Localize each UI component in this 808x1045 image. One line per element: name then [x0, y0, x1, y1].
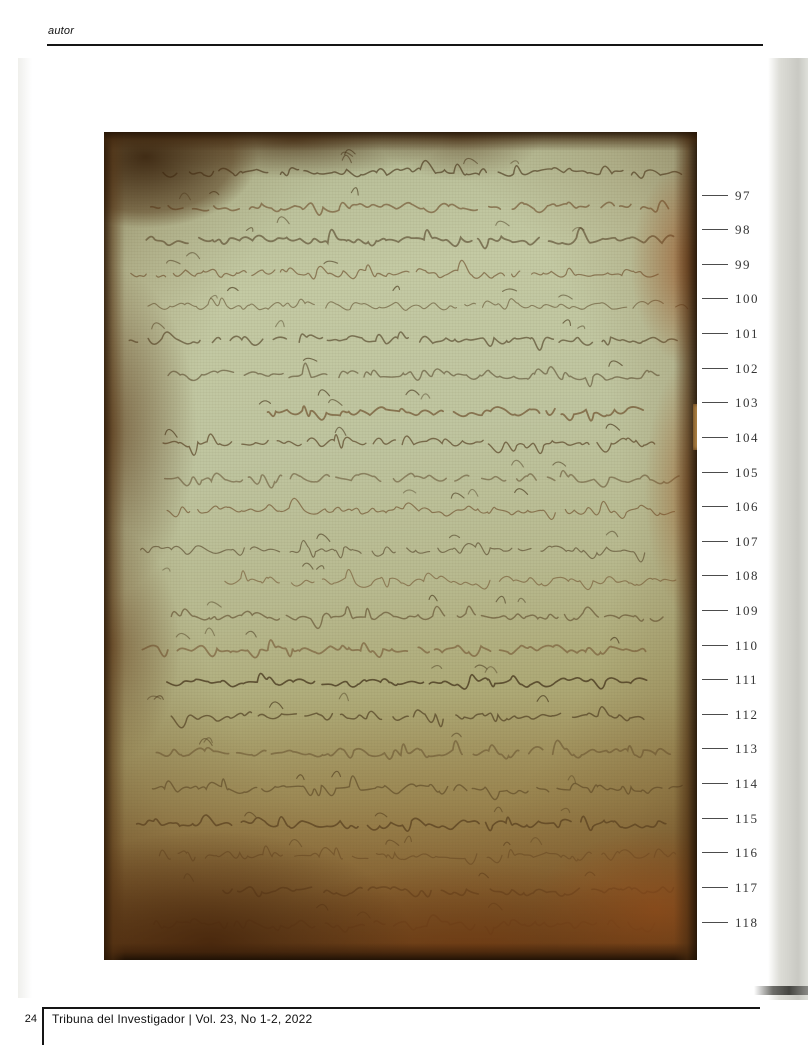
- line-number-row: 105: [702, 465, 759, 479]
- line-number-label: 100: [735, 292, 759, 305]
- line-number-label: 107: [735, 535, 759, 548]
- line-number-tick-mark: [702, 264, 728, 265]
- line-number-row: 118: [702, 915, 759, 929]
- line-number-tick-mark: [702, 333, 728, 334]
- line-number-tick-mark: [702, 437, 728, 438]
- line-number-tick-mark: [702, 679, 728, 680]
- line-number-row: 104: [702, 430, 759, 444]
- line-number-tick-mark: [702, 575, 728, 576]
- footer-vertical-rule: [42, 1007, 44, 1045]
- line-number-tick-mark: [702, 714, 728, 715]
- torn-edge-fragment: [693, 404, 697, 450]
- running-head-author: autor: [48, 25, 74, 37]
- line-number-row: 106: [702, 500, 759, 514]
- line-number-tick-mark: [702, 298, 728, 299]
- line-number-tick-mark: [702, 852, 728, 853]
- page-number: 24: [18, 1013, 37, 1025]
- line-number-tick-mark: [702, 506, 728, 507]
- line-number-label: 118: [735, 916, 759, 929]
- manuscript-photo: [104, 132, 697, 960]
- line-number-row: 103: [702, 396, 759, 410]
- line-number-tick-mark: [702, 887, 728, 888]
- line-number-tick-mark: [702, 472, 728, 473]
- line-number-row: 112: [702, 707, 759, 721]
- line-number-label: 103: [735, 396, 759, 409]
- line-number-label: 98: [735, 223, 751, 236]
- line-number-label: 101: [735, 327, 759, 340]
- line-number-row: 114: [702, 777, 759, 791]
- line-number-label: 105: [735, 466, 759, 479]
- line-number-label: 97: [735, 189, 751, 202]
- scanned-journal-page: autor 9798991001011021031041051061071081…: [0, 0, 808, 1045]
- line-number-label: 109: [735, 604, 759, 617]
- line-number-label: 112: [735, 708, 759, 721]
- line-number-label: 111: [735, 673, 758, 686]
- line-number-row: 111: [702, 673, 758, 687]
- line-number-row: 116: [702, 846, 759, 860]
- line-number-row: 113: [702, 742, 759, 756]
- line-number-row: 97: [702, 188, 751, 202]
- line-number-tick-mark: [702, 402, 728, 403]
- line-number-row: 115: [702, 811, 759, 825]
- page-left-edge-shading: [18, 58, 32, 998]
- line-number-tick-mark: [702, 610, 728, 611]
- line-number-tick-mark: [702, 229, 728, 230]
- journal-citation: Tribuna del Investigador | Vol. 23, No 1…: [52, 1012, 312, 1026]
- line-number-row: 99: [702, 257, 751, 271]
- footer-rule: [42, 1007, 760, 1009]
- line-number-row: 108: [702, 569, 759, 583]
- line-number-row: 98: [702, 223, 751, 237]
- manuscript-dark-edges: [104, 132, 697, 960]
- line-number-label: 116: [735, 846, 759, 859]
- line-number-tick-mark: [702, 748, 728, 749]
- line-number-label: 110: [735, 639, 759, 652]
- line-number-row: 110: [702, 638, 759, 652]
- line-number-row: 102: [702, 361, 759, 375]
- line-number-row: 100: [702, 292, 759, 306]
- line-number-label: 106: [735, 500, 759, 513]
- page-right-edge-shading: [768, 58, 808, 1000]
- line-number-row: 101: [702, 327, 759, 341]
- line-number-tick-mark: [702, 368, 728, 369]
- line-number-row: 117: [702, 880, 759, 894]
- line-number-tick-mark: [702, 818, 728, 819]
- page-corner-shadow: [754, 986, 808, 995]
- line-number-tick-mark: [702, 541, 728, 542]
- line-number-tick-mark: [702, 922, 728, 923]
- header-rule: [47, 44, 763, 46]
- line-number-label: 113: [735, 742, 759, 755]
- line-number-tick-mark: [702, 195, 728, 196]
- line-number-label: 117: [735, 881, 759, 894]
- line-number-label: 114: [735, 777, 759, 790]
- line-number-row: 107: [702, 534, 759, 548]
- line-number-label: 102: [735, 362, 759, 375]
- line-number-label: 115: [735, 812, 759, 825]
- line-number-tick-mark: [702, 783, 728, 784]
- line-number-label: 99: [735, 258, 751, 271]
- line-number-label: 104: [735, 431, 759, 444]
- line-number-label: 108: [735, 569, 759, 582]
- line-number-tick-mark: [702, 645, 728, 646]
- line-number-row: 109: [702, 603, 759, 617]
